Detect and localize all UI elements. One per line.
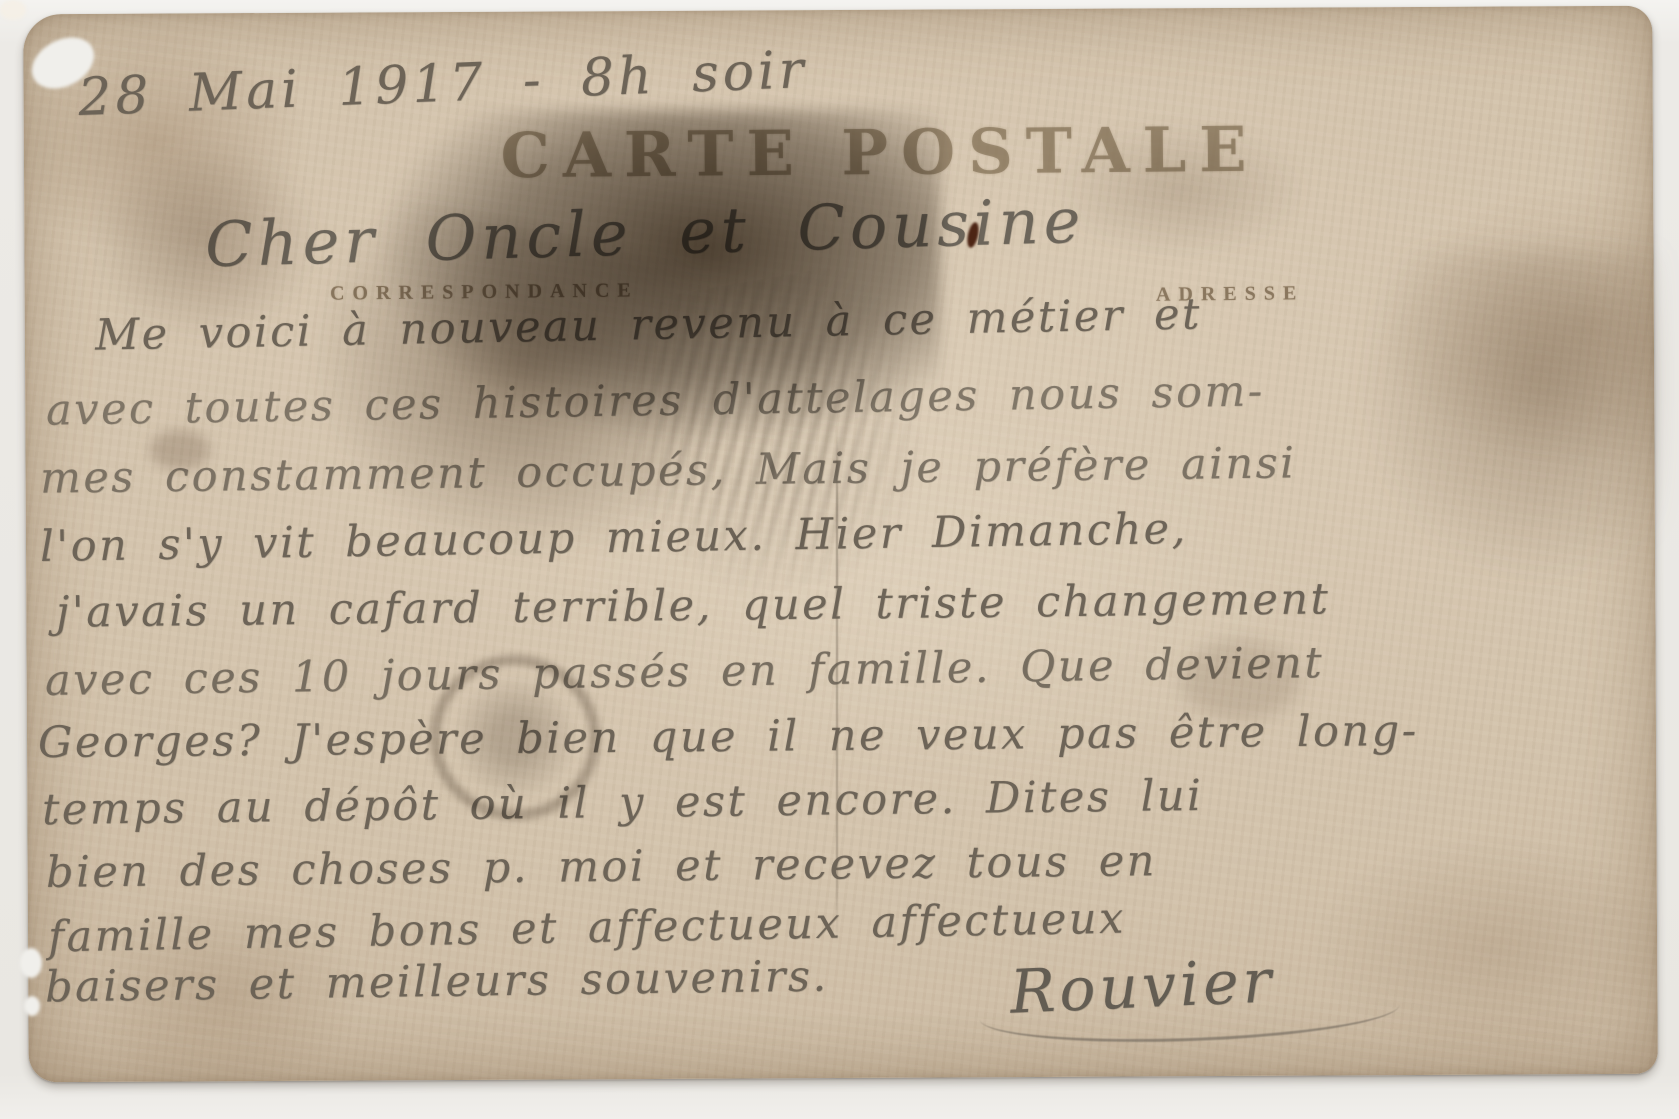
- scanner-background: CARTE POSTALE CORRESPONDANCE ADRESSE 28 …: [0, 0, 1679, 1119]
- worn-edge-chip: [24, 996, 40, 1016]
- paper-wear-spot: [0, 0, 26, 20]
- worn-edge-chip: [20, 948, 42, 978]
- postcard-title: CARTE POSTALE: [430, 112, 1331, 193]
